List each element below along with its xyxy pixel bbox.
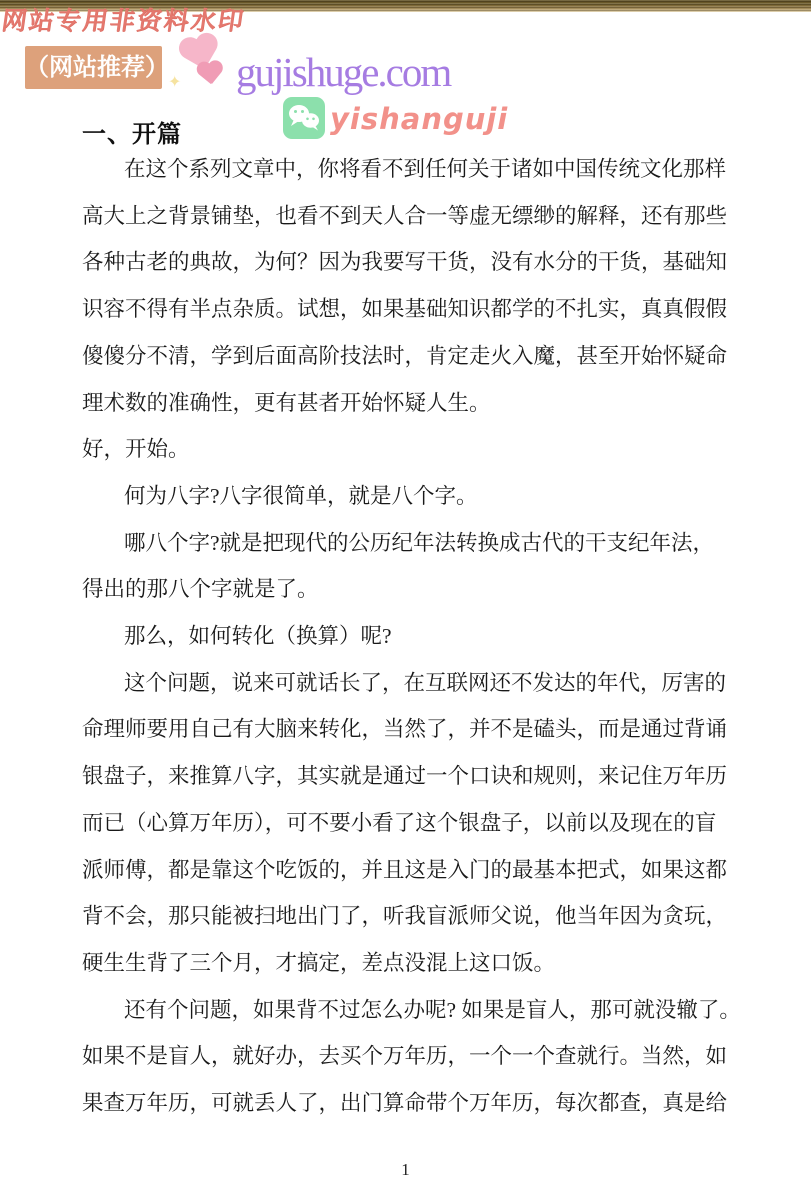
text-line: 何为八字?八字很简单，就是八个字。 — [82, 473, 742, 520]
text-line: 这个问题，说来可就话长了，在互联网还不发达的年代，厉害的 — [82, 660, 742, 707]
text-line: 高大上之背景铺垫，也看不到天人合一等虚无缥缈的解释，还有那些 — [82, 193, 742, 240]
text-line: 傻傻分不清，学到后面高阶技法时，肯定走火入魔，甚至开始怀疑命 — [82, 333, 742, 380]
site-recommend-badge: （网站推荐） — [25, 46, 162, 89]
text-line: 命理师要用自己有大脑来转化，当然了，并不是磕头，而是通过背诵 — [82, 706, 742, 753]
text-line: 在这个系列文章中，你将看不到任何关于诸如中国传统文化那样 — [82, 146, 742, 193]
text-line: 如果不是盲人，就好办，去买个万年历，一个一个查就行。当然，如 — [82, 1033, 742, 1080]
text-line: 那么，如何转化（换算）呢? — [82, 613, 742, 660]
heart-icon — [195, 61, 227, 91]
text-line: 还有个问题，如果背不过怎么办呢? 如果是盲人，那可就没辙了。 — [82, 987, 742, 1034]
text-line: 银盘子，来推算八字，其实就是通过一个口诀和规则，来记住万年历 — [82, 753, 742, 800]
text-line: 哪八个字?就是把现代的公历纪年法转换成古代的干支纪年法， — [82, 520, 742, 567]
document-body: 在这个系列文章中，你将看不到任何关于诸如中国传统文化那样 高大上之背景铺垫，也看… — [82, 146, 742, 1127]
text-line: 硬生生背了三个月，才搞定，差点没混上这口饭。 — [82, 940, 742, 987]
text-line: 派师傅，都是靠这个吃饭的，并且这是入门的最基本把式，如果这都 — [82, 847, 742, 894]
text-line: 背不会，那只能被扫地出门了，听我盲派师父说，他当年因为贪玩， — [82, 893, 742, 940]
wechat-icon — [283, 97, 325, 139]
page-number: 1 — [0, 1160, 811, 1180]
text-line: 果查万年历，可就丢人了，出门算命带个万年历，每次都查，真是给 — [82, 1080, 742, 1127]
sparkle-icon: ✦ — [168, 72, 181, 91]
wechat-account-name: yishanguji — [330, 102, 508, 136]
text-line: 好，开始。 — [82, 426, 742, 473]
section-heading: 一、开篇 — [82, 114, 182, 149]
text-line: 各种古老的典故，为何？因为我要写干货，没有水分的干货，基础知 — [82, 239, 742, 286]
text-line: 而已（心算万年历），可不要小看了这个银盘子，以前以及现在的盲 — [82, 800, 742, 847]
text-line: 得出的那八个字就是了。 — [82, 566, 742, 613]
text-line: 理术数的准确性，更有甚者开始怀疑人生。 — [82, 380, 742, 427]
text-line: 识容不得有半点杂质。试想，如果基础知识都学的不扎实，真真假假 — [82, 286, 742, 333]
document-page: 网站专用非资料水印 （网站推荐） ✦ gujishuge.com yishang… — [0, 0, 811, 1197]
hearts-logo-icon: ✦ — [168, 34, 240, 106]
site-logo-text: gujishuge.com — [236, 48, 450, 96]
